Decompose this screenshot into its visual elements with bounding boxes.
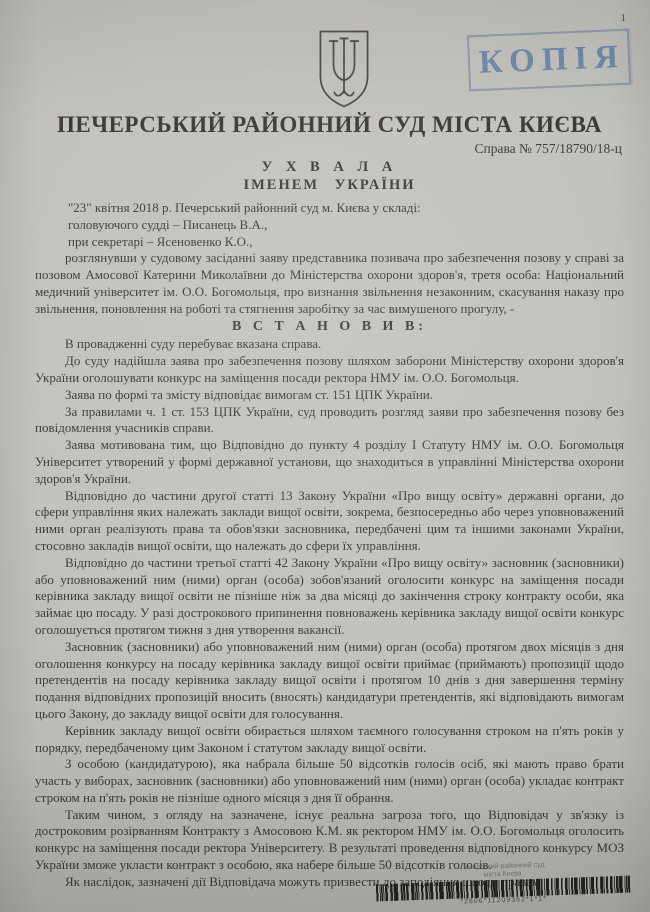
established-heading: В С Т А Н О В И В:: [35, 319, 624, 336]
coat-of-arms-icon: [307, 28, 381, 110]
document-title: У Х В А Л А: [35, 159, 624, 176]
body-paragraph: Відповідно до частини третьої статті 42 …: [35, 555, 624, 639]
body-paragraph: З особою (кандидатурою), яка набрала біл…: [35, 756, 624, 806]
body-paragraph: За правилами ч. 1 ст. 153 ЦПК України, с…: [35, 404, 624, 438]
page-number: 1: [621, 12, 627, 24]
preamble-paragraph: розглянувши у судовому засіданні заяву п…: [35, 250, 624, 317]
scanned-court-document: 1 КОПІЯ ПЕЧЕРСЬКИЙ РАЙОННИЙ СУД МІСТА КИ…: [0, 0, 650, 912]
intro-lines: "23" квітня 2018 р. Печерський районний …: [35, 200, 624, 250]
document-body: "23" квітня 2018 р. Печерський районний …: [35, 200, 624, 891]
registry-stamp: Печерський районний суд міста Києва *260…: [371, 858, 634, 908]
paragraphs: В провадженні суду перебуває вказана спр…: [35, 336, 624, 890]
body-paragraph: Заява мотивована тим, що Відповідно до п…: [35, 437, 624, 487]
document-subtitle: ІМЕНЕМ УКРАЇНИ: [35, 177, 624, 194]
intro-line: "23" квітня 2018 р. Печерський районний …: [35, 200, 624, 217]
body-paragraph: Відповідно до частини другої статті 13 З…: [35, 488, 624, 555]
intro-line: при секретарі – Ясеновенко К.О.,: [35, 234, 624, 251]
copy-stamp-label: КОПІЯ: [472, 38, 626, 81]
court-name: ПЕЧЕРСЬКИЙ РАЙОННИЙ СУД МІСТА КИЄВА: [35, 112, 624, 138]
body-paragraph: В провадженні суду перебуває вказана спр…: [35, 336, 624, 353]
body-paragraph: Заява по формі та змісту відповідає вимо…: [35, 387, 624, 404]
body-paragraph: Засновник (засновники) або уповноважений…: [35, 639, 624, 723]
case-number: Справа № 757/18790/18-ц: [35, 141, 624, 157]
intro-line: головуючого судді – Писанець В.А.,: [35, 217, 624, 234]
copy-stamp: КОПІЯ: [467, 29, 631, 92]
body-paragraph: Керівник закладу вищої освіти обирається…: [35, 723, 624, 757]
body-paragraph: До суду надійшла заява про забезпечення …: [35, 353, 624, 387]
